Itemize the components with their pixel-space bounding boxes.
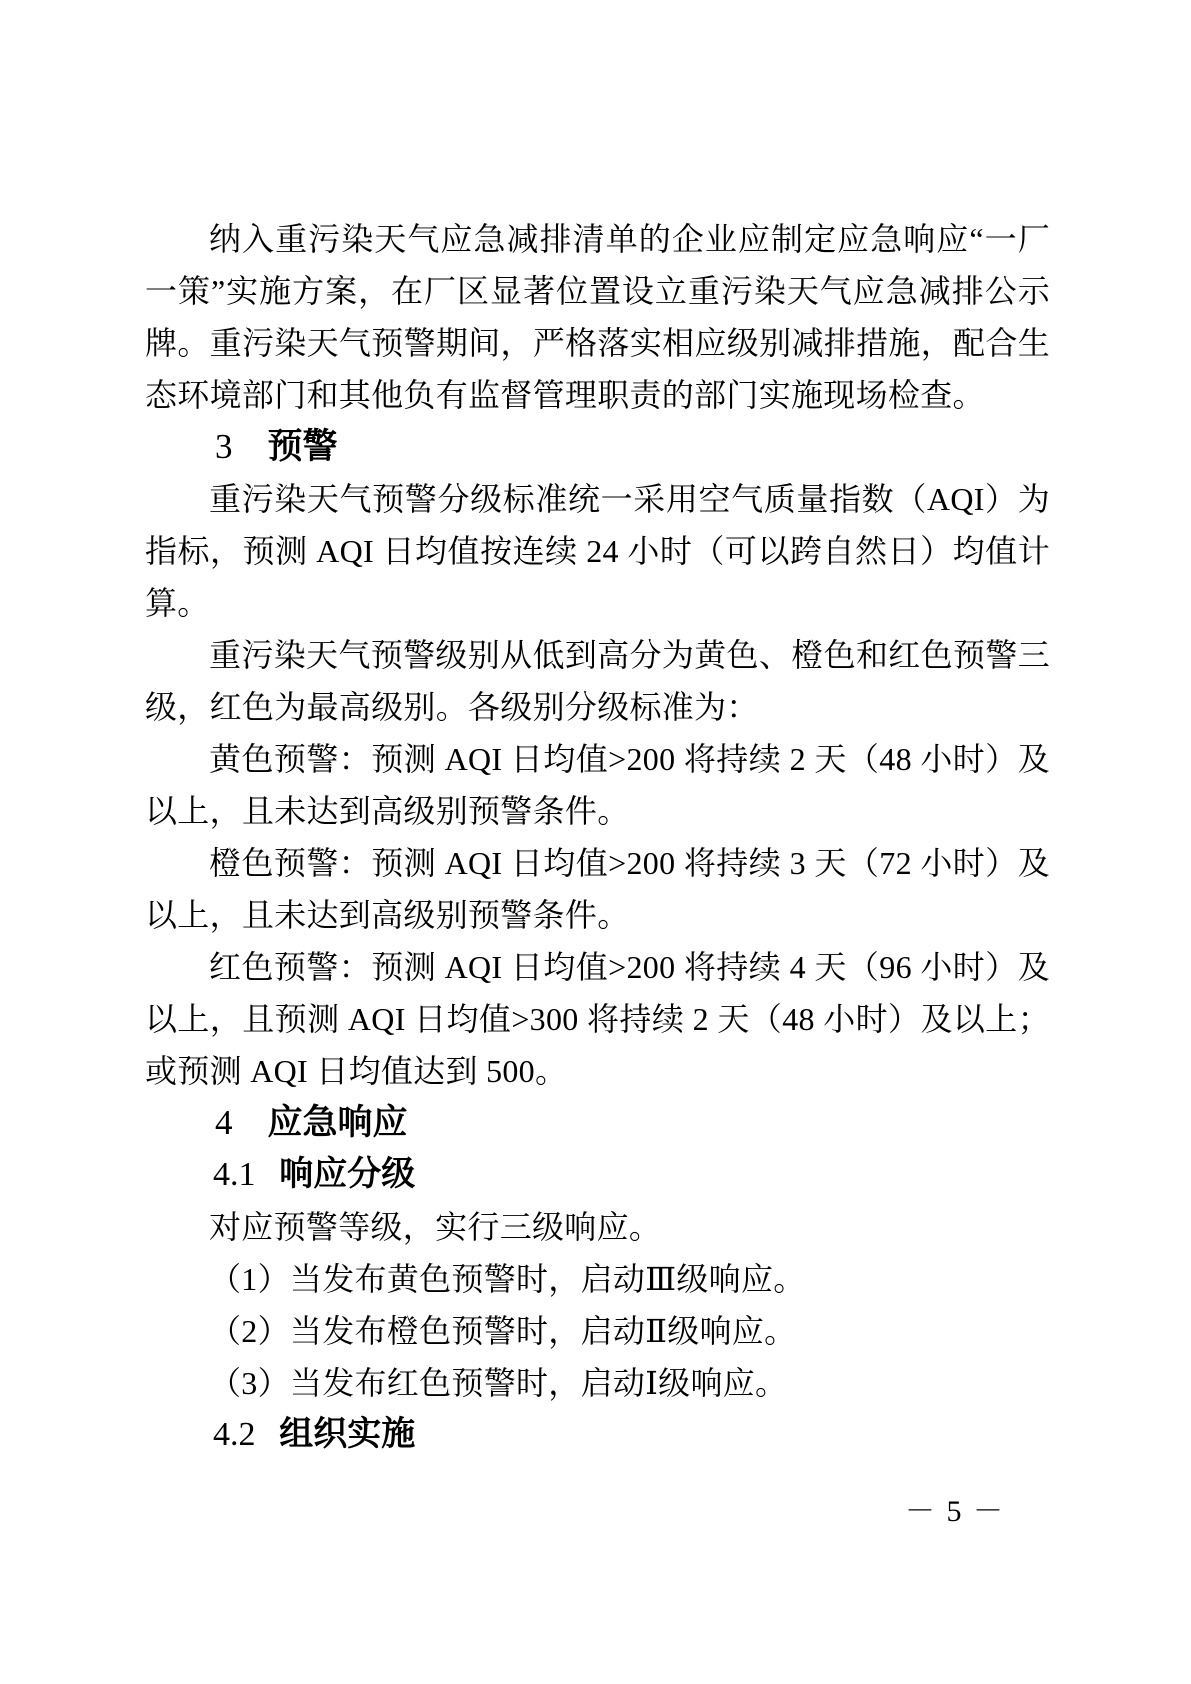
list-item-level-2-response: （2）当发布橙色预警时，启动Ⅱ级响应。 (145, 1305, 1050, 1357)
heading-number: 4.1 (213, 1156, 256, 1193)
paragraph-yellow-warning: 黄色预警：预测 AQI 日均值>200 将持续 2 天（48 小时）及以上，且未… (145, 733, 1050, 837)
document-page: { "page": { "content": [ { "type": "p", … (0, 0, 1191, 1684)
heading-title: 组织实施 (279, 1416, 415, 1453)
subsection-heading-response-grading: 4.1响应分级 (145, 1149, 1050, 1201)
list-item-level-3-response: （1）当发布黄色预警时，启动Ⅲ级响应。 (145, 1253, 1050, 1305)
paragraph-enterprise-requirements: 纳入重污染天气应急减排清单的企业应制定应急响应“一厂一策”实施方案，在厂区显著位… (145, 213, 1050, 421)
section-heading-warning: 3预警 (145, 421, 1050, 473)
heading-number: 4.2 (213, 1416, 256, 1453)
heading-title: 响应分级 (279, 1156, 415, 1193)
heading-number: 4 (215, 1103, 233, 1142)
page-number: － 5 － (905, 1494, 1005, 1530)
section-heading-emergency-response: 4应急响应 (145, 1097, 1050, 1149)
paragraph-red-warning: 红色预警：预测 AQI 日均值>200 将持续 4 天（96 小时）及以上，且预… (145, 941, 1050, 1097)
list-item-level-1-response: （3）当发布红色预警时，启动Ⅰ级响应。 (145, 1357, 1050, 1409)
paragraph-orange-warning: 橙色预警：预测 AQI 日均值>200 将持续 3 天（72 小时）及以上，且未… (145, 837, 1050, 941)
paragraph-three-level-response: 对应预警等级，实行三级响应。 (145, 1201, 1050, 1253)
paragraph-warning-levels: 重污染天气预警级别从低到高分为黄色、橙色和红色预警三级，红色为最高级别。各级别分… (145, 629, 1050, 733)
subsection-heading-organization: 4.2组织实施 (145, 1409, 1050, 1461)
heading-title: 预警 (268, 427, 338, 466)
heading-number: 3 (215, 427, 233, 466)
body-text: 纳入重污染天气应急减排清单的企业应制定应急响应“一厂一策”实施方案，在厂区显著位… (145, 213, 1050, 1461)
paragraph-aqi-standard: 重污染天气预警分级标准统一采用空气质量指数（AQI）为指标，预测 AQI 日均值… (145, 473, 1050, 629)
heading-title: 应急响应 (268, 1103, 408, 1142)
